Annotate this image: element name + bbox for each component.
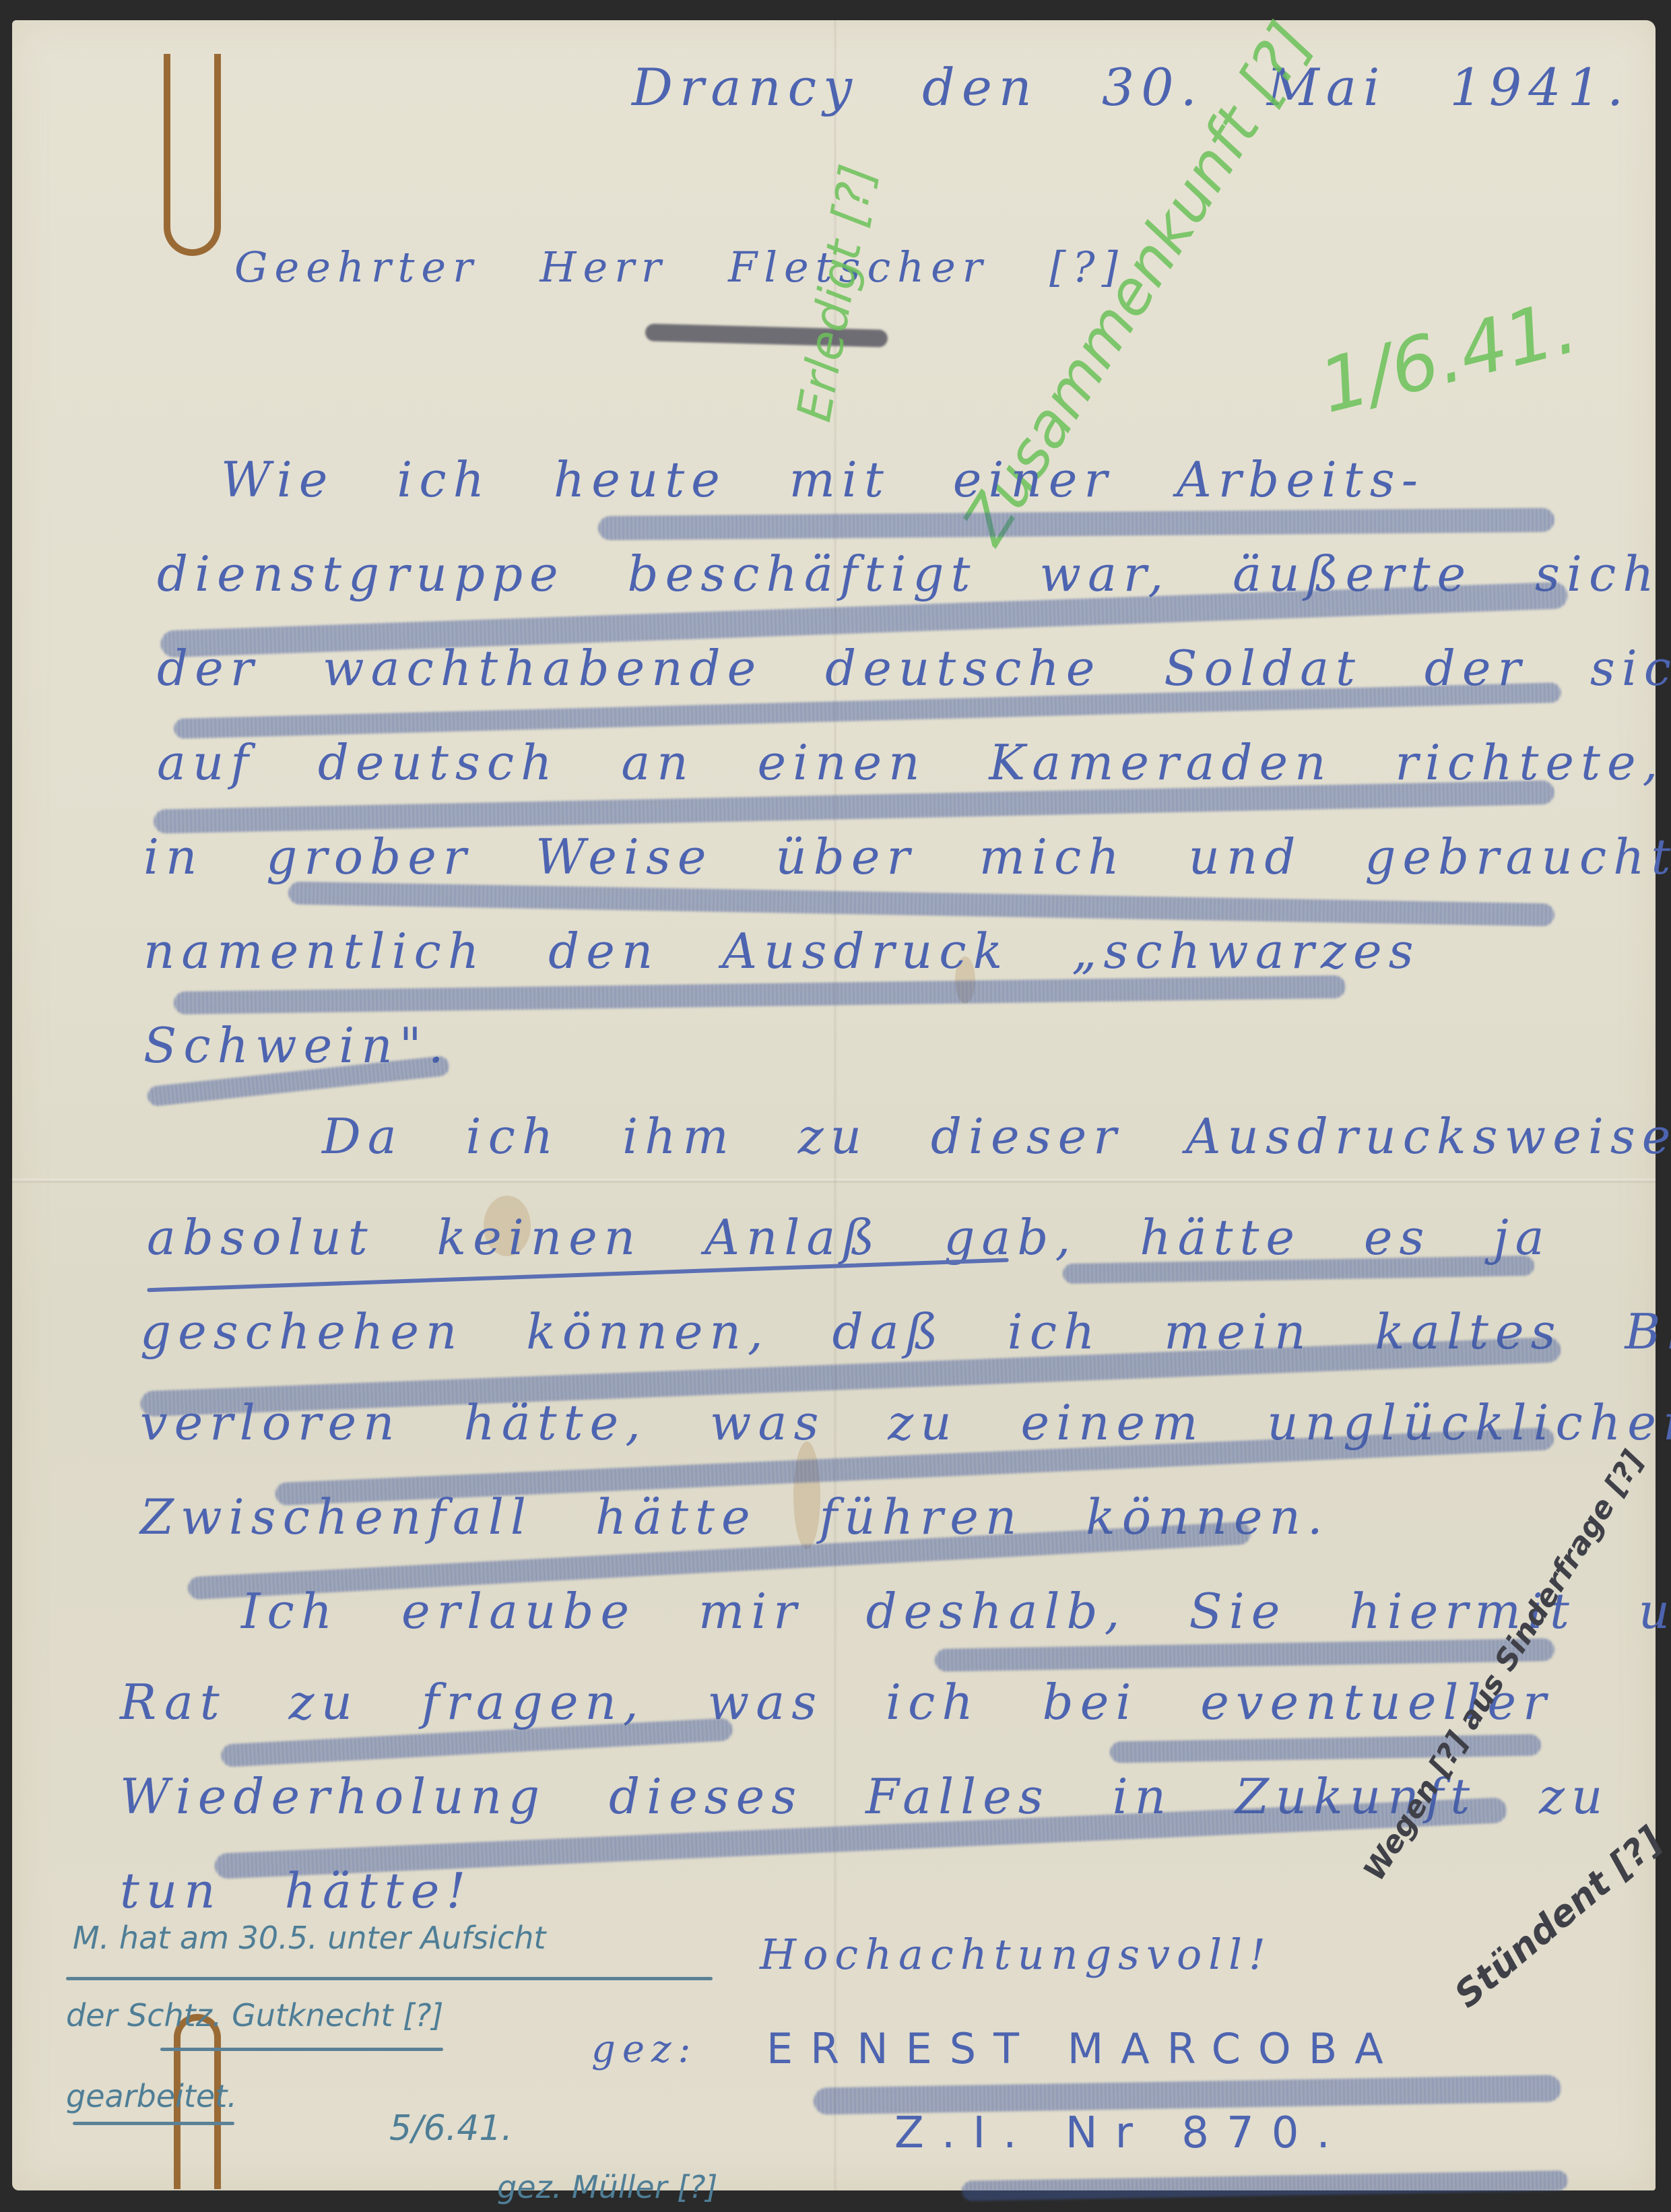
teal-note-date: 5/6.41. (389, 2108, 513, 2149)
underline (160, 2048, 443, 2051)
rust-pin-mark-top (164, 54, 221, 256)
teal-note-line-2: der Schtz. Gutknecht [?] (66, 1997, 443, 2034)
underline (174, 975, 1346, 1014)
closing: Hochachtungsvoll! (760, 1930, 1272, 1979)
body-line-8: Da ich ihm zu dieser Ausdrucksweise (322, 1108, 1671, 1165)
green-annotation-date: 1/6.41. (1311, 283, 1585, 430)
body-line-6: namentlich den Ausdruck „schwarzes (143, 923, 1420, 979)
pencil-note-line-2: Stündent [?] (1447, 1819, 1670, 2016)
signature-id: Z.I. Nr 870. (894, 2108, 1348, 2158)
teal-note-line-3: gearbeitet. (66, 2078, 237, 2114)
underline (73, 2122, 234, 2125)
salutation: Geehrter Herr Fletscher [?] (234, 242, 1125, 292)
place-date: Drancy den 30. Mai 1941. (632, 57, 1630, 117)
green-annotation-1: Erledigt [?] (786, 160, 886, 426)
body-line-5: in grober Weise über mich und gebrauchte (143, 828, 1671, 885)
signature-prefix: gez: (591, 2027, 697, 2071)
body-line-9: absolut keinen Anlaß gab, hätte es ja (147, 1209, 1551, 1266)
body-line-13: Ich erlaube mir deshalb, Sie hiermit um (241, 1583, 1671, 1639)
teal-note-signature: gez. Müller [?] (497, 2169, 717, 2205)
underline (598, 508, 1554, 540)
body-line-1: Wie ich heute mit einer Arbeits- (221, 451, 1424, 508)
underline (288, 882, 1554, 927)
underline (935, 1638, 1554, 1672)
letter-page: Drancy den 30. Mai 1941. Geehrter Herr F… (12, 20, 1656, 2190)
teal-note-line-1: M. hat am 30.5. unter Aufsicht (73, 1920, 546, 1956)
underline (962, 2170, 1568, 2201)
body-line-16: tun hätte! (120, 1862, 472, 1919)
signature-name: ERNEST MARCOBA (766, 2024, 1401, 2073)
underline (66, 1977, 713, 1980)
body-line-14: Rat zu fragen, was ich bei eventueller (120, 1674, 1553, 1730)
